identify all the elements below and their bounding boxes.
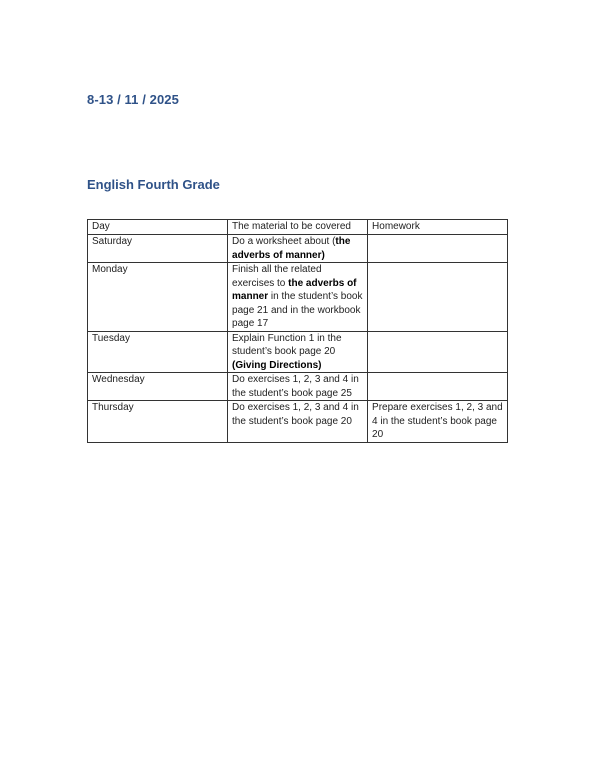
cell-homework (368, 331, 508, 373)
cell-homework (368, 235, 508, 263)
text-run: Explain Function 1 in the student’s book… (232, 333, 342, 358)
cell-material: Do a worksheet about (the adverbs of man… (228, 235, 368, 263)
text-run: Do exercises 1, 2, 3 and 4 in the studen… (232, 374, 359, 399)
cell-day: Tuesday (88, 331, 228, 373)
cell-day: Wednesday (88, 373, 228, 401)
cell-day: Thursday (88, 401, 228, 443)
text-run: Do a worksheet about ( (232, 236, 335, 247)
date-heading: 8-13 / 11 / 2025 (87, 92, 179, 107)
cell-day: Saturday (88, 235, 228, 263)
table-row: Tuesday Explain Function 1 in the studen… (88, 331, 508, 373)
cell-homework (368, 263, 508, 332)
table-header-row: Day The material to be covered Homework (88, 220, 508, 235)
cell-material: Do exercises 1, 2, 3 and 4 in the studen… (228, 373, 368, 401)
section-title: English Fourth Grade (87, 177, 220, 192)
cell-material: Do exercises 1, 2, 3 and 4 in the studen… (228, 401, 368, 443)
schedule-table: Day The material to be covered Homework … (87, 219, 508, 443)
text-run: Do exercises 1, 2, 3 and 4 in the studen… (232, 402, 359, 427)
header-day: Day (88, 220, 228, 235)
bold-text: (Giving Directions) (232, 360, 321, 371)
cell-homework: Prepare exercises 1, 2, 3 and 4 in the s… (368, 401, 508, 443)
cell-material: Explain Function 1 in the student’s book… (228, 331, 368, 373)
header-material: The material to be covered (228, 220, 368, 235)
header-homework: Homework (368, 220, 508, 235)
table-row: Thursday Do exercises 1, 2, 3 and 4 in t… (88, 401, 508, 443)
cell-homework (368, 373, 508, 401)
cell-material: Finish all the related exercises to the … (228, 263, 368, 332)
table-row: Wednesday Do exercises 1, 2, 3 and 4 in … (88, 373, 508, 401)
table-row: Monday Finish all the related exercises … (88, 263, 508, 332)
table-row: Saturday Do a worksheet about (the adver… (88, 235, 508, 263)
cell-day: Monday (88, 263, 228, 332)
